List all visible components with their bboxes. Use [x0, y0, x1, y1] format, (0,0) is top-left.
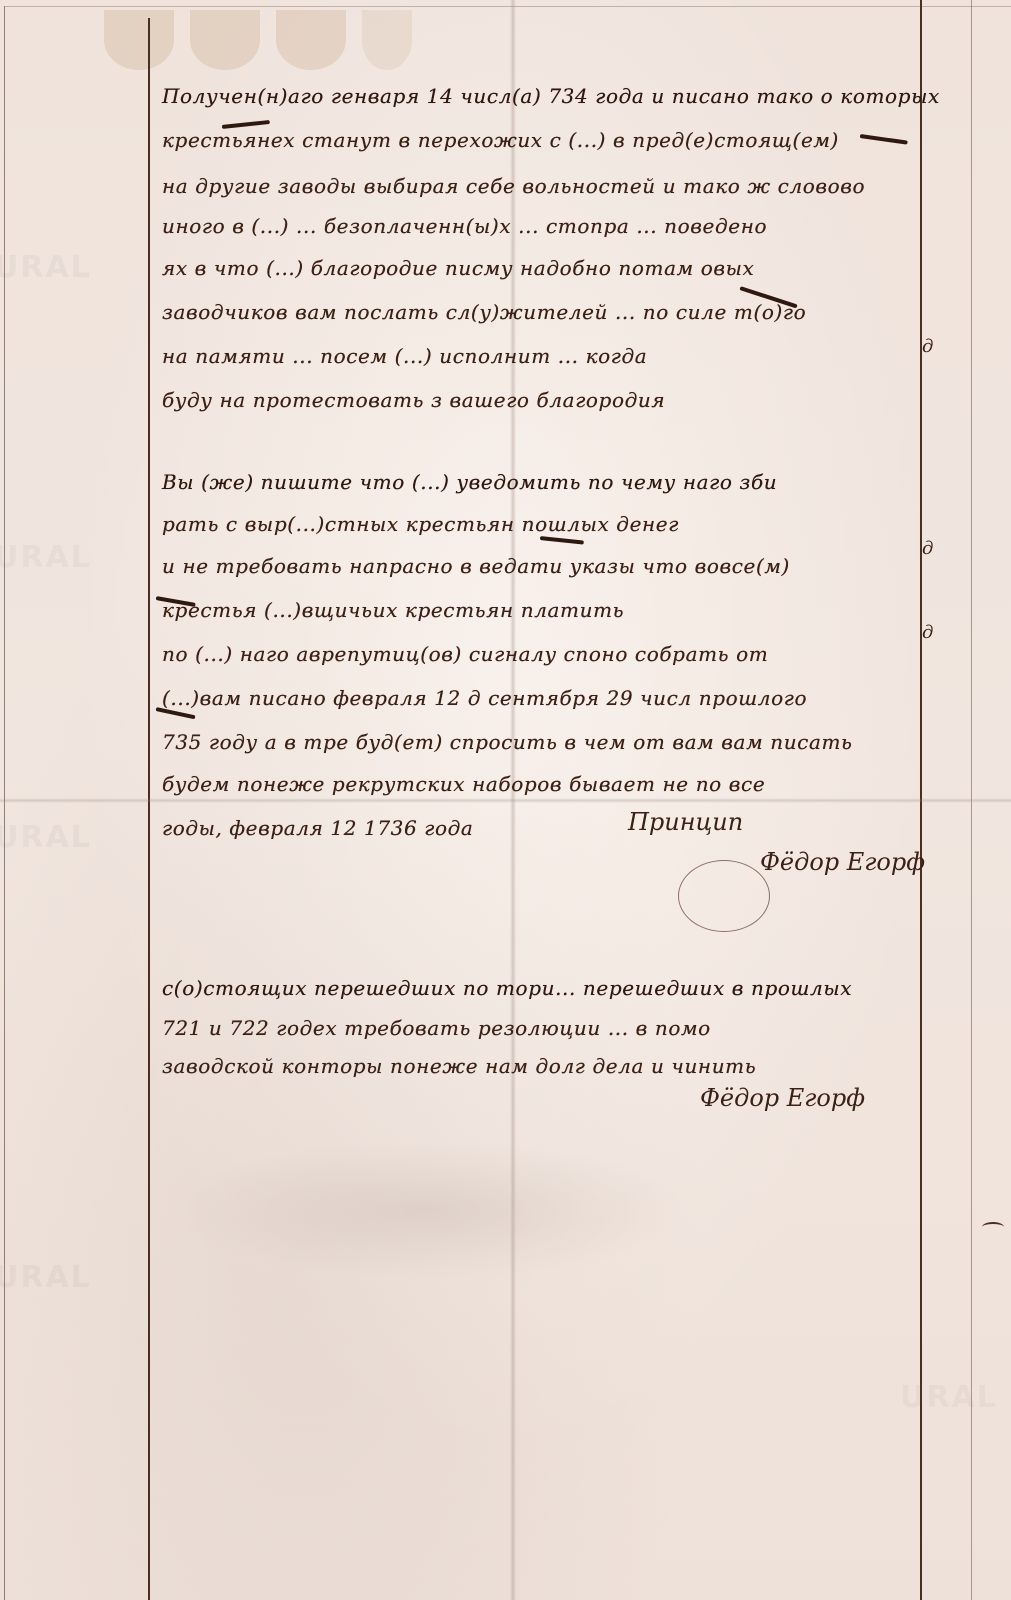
text-line: буду на протестовать з вашего благородия	[162, 388, 914, 412]
text-line: заводской конторы понеже нам долг дела и…	[162, 1054, 914, 1078]
ink-flourish	[540, 536, 584, 545]
watermark: URAL	[0, 820, 92, 855]
signature-title: Принцип	[628, 808, 743, 836]
manuscript-page: URAL URAL URAL URAL URAL Получен(н)аго г…	[0, 0, 1011, 1600]
text-line: крестья (...)вщичьих крестьян платить	[162, 598, 914, 622]
text-line: рать с выр(...)стных крестьян пошлых ден…	[162, 512, 914, 536]
text-line: 721 и 722 годех требовать резолюции ... …	[162, 1016, 914, 1040]
paper-discoloration	[170, 1140, 690, 1280]
text-line: Получен(н)аго генваря 14 числ(а) 734 год…	[162, 84, 914, 108]
text-line: заводчиков вам послать сл(у)жителей ... …	[162, 300, 914, 324]
water-stain	[104, 10, 174, 70]
margin-mark: д	[922, 336, 933, 357]
signature-flourish	[678, 860, 770, 932]
text-line: по (...) наго аврепутиц(ов) сигналу спон…	[162, 642, 914, 666]
text-line: годы, февраля 12 1736 года	[162, 816, 582, 840]
text-line: на памяти ... посем (...) исполнит ... к…	[162, 344, 914, 368]
text-line: (...)вам писано февраля 12 д сентября 29…	[162, 686, 914, 710]
page-edge-left	[4, 6, 5, 1600]
watermark: URAL	[900, 1380, 998, 1415]
watermark: URAL	[0, 540, 92, 575]
text-line: с(о)стоящих перешедших по тори... переше…	[162, 976, 914, 1000]
ruled-margin-left	[148, 18, 150, 1600]
text-line: иного в (...) ... безоплаченн(ы)х ... ст…	[162, 214, 914, 238]
fold-crease-horizontal	[0, 798, 1011, 803]
text-line: и не требовать напрасно в ведати указы ч…	[162, 554, 914, 578]
margin-mark: д	[922, 538, 933, 559]
text-line: 735 году а в тре буд(ет) спросить в чем …	[162, 730, 914, 754]
water-stain	[276, 10, 346, 70]
text-line: ях в что (...) благородие писму надобно …	[162, 256, 914, 280]
page-edge-top	[4, 6, 1011, 7]
water-stain	[190, 10, 260, 70]
signature-name: Фёдор Егорф	[760, 848, 925, 876]
margin-mark: д	[922, 622, 933, 643]
text-line: Вы (же) пишите что (...) уведомить по че…	[162, 470, 914, 494]
signature-name: Фёдор Егорф	[700, 1084, 865, 1112]
text-line: крестьянех станут в перехожих с (...) в …	[162, 128, 914, 152]
watermark: URAL	[0, 1260, 92, 1295]
water-stain	[362, 10, 412, 70]
adjacent-page-ink	[982, 1222, 1004, 1232]
text-line: будем понеже рекрутских наборов бывает н…	[162, 772, 914, 796]
watermark: URAL	[0, 250, 92, 285]
text-line: на другие заводы выбирая себе вольностей…	[162, 174, 914, 198]
